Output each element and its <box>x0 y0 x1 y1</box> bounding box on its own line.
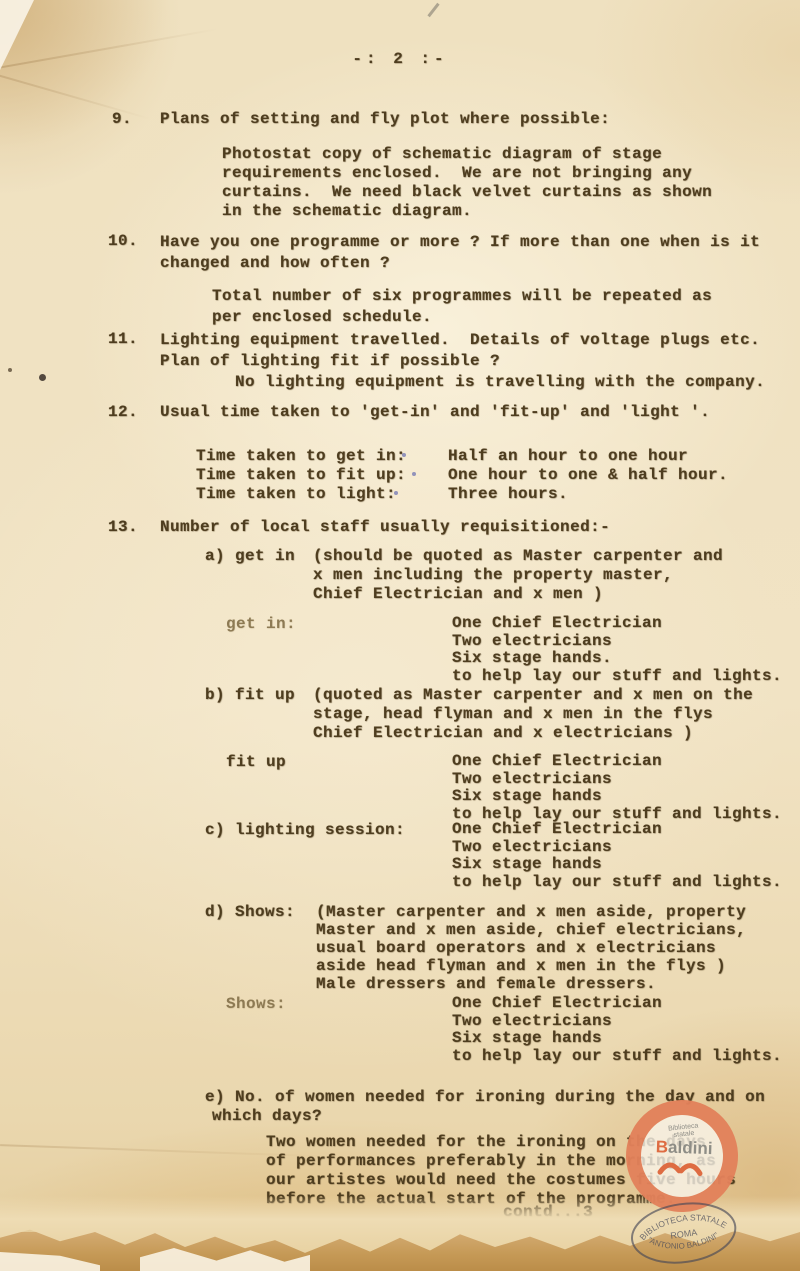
staff-e-question-line2: which days? <box>212 1107 322 1126</box>
stamp-name-text: Baldini <box>648 1138 721 1158</box>
item-10-answer: Total number of six programmes will be r… <box>212 286 712 328</box>
staff-d-sublabel: Shows: <box>226 995 286 1014</box>
staff-b-label: b) fit up <box>205 686 295 705</box>
item-12-values: Half an hour to one hour One hour to one… <box>448 447 728 504</box>
item-11-question: Lighting equipment travelled. Details of… <box>160 330 760 372</box>
pen-dot <box>412 472 416 476</box>
ink-dot <box>39 374 46 381</box>
pen-dot <box>394 491 398 495</box>
staff-d-crew: One Chief Electrician Two electricians S… <box>452 995 782 1065</box>
pencil-mark <box>427 3 439 17</box>
item-13-question: Number of local staff usually requisitio… <box>160 518 610 537</box>
item-12-labels: Time taken to get in: Time taken to fit … <box>196 447 406 504</box>
item-11-answer: No lighting equipment is travelling with… <box>235 373 765 392</box>
svg-text:ROMA: ROMA <box>670 1227 698 1241</box>
scanned-document-page: -: 2 :- 9. Plans of setting and fly plot… <box>0 0 800 1271</box>
round-stamp-content: Bibliotecastatale Baldini <box>636 1110 729 1203</box>
staff-a-label: a) get in <box>205 547 295 566</box>
item-10-question: Have you one programme or more ? If more… <box>160 232 760 274</box>
corner-fold-shading <box>0 0 170 150</box>
item-12-question: Usual time taken to 'get-in' and 'fit-up… <box>160 403 710 422</box>
staff-b-sublabel: fit up <box>226 753 286 772</box>
item-10-number: 10. <box>108 232 138 251</box>
pen-dot <box>402 453 406 457</box>
ink-dot <box>8 368 12 372</box>
item-9-answer: Photostat copy of schematic diagram of s… <box>222 145 712 221</box>
staff-b-crew: One Chief Electrician Two electricians S… <box>452 753 782 823</box>
staff-a-note: (should be quoted as Master carpenter an… <box>313 547 723 604</box>
item-11-number: 11. <box>108 330 138 349</box>
item-12-number: 12. <box>108 403 138 422</box>
open-book-icon <box>657 1156 704 1183</box>
item-9-number: 9. <box>112 110 132 129</box>
staff-a-sublabel: get in: <box>226 615 296 634</box>
staff-c-crew: One Chief Electrician Two electricians S… <box>452 821 782 891</box>
staff-c-label: c) lighting session: <box>205 821 405 840</box>
staff-b-note: (quoted as Master carpenter and x men on… <box>313 686 753 743</box>
item-13-number: 13. <box>108 518 138 537</box>
staff-a-crew: One Chief Electrician Two electricians S… <box>452 615 782 685</box>
staff-d-label: d) Shows: <box>205 903 295 922</box>
staff-d-note: (Master carpenter and x men aside, prope… <box>316 903 746 993</box>
page-number: -: 2 :- <box>0 50 800 69</box>
item-9-question: Plans of setting and fly plot where poss… <box>160 110 610 129</box>
